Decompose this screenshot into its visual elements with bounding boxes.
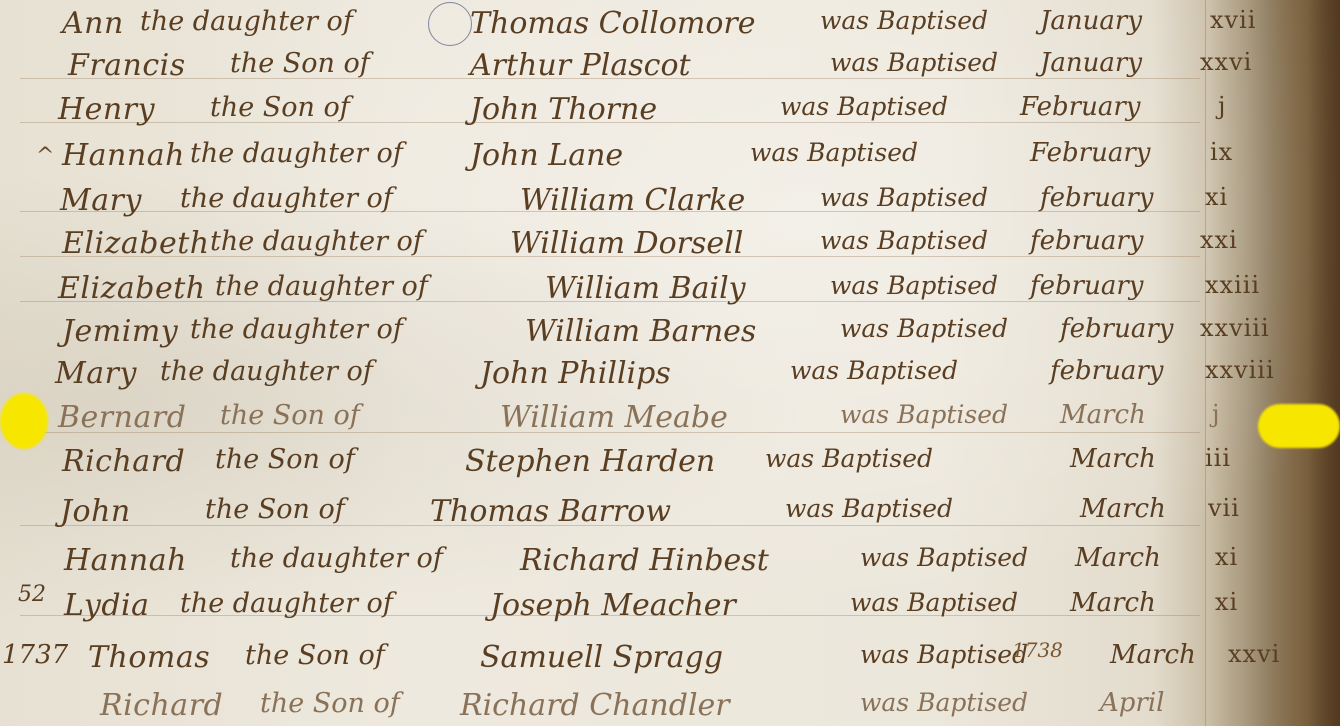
relation-text: the Son of bbox=[230, 48, 370, 79]
month: April bbox=[1100, 688, 1164, 718]
month: february bbox=[1050, 356, 1163, 386]
month: February bbox=[1020, 92, 1140, 122]
child-name: Ann bbox=[62, 6, 124, 41]
month: february bbox=[1030, 271, 1143, 301]
day-numeral: xi bbox=[1215, 588, 1238, 616]
child-name: Francis bbox=[68, 48, 186, 83]
parent-name: Arthur Plascot bbox=[470, 48, 691, 83]
register-entry: ^ Hannah the daughter of John Lane was B… bbox=[0, 138, 1340, 182]
child-name: Richard bbox=[62, 444, 185, 479]
month: March bbox=[1060, 400, 1146, 430]
yellow-highlight-marker bbox=[1258, 404, 1340, 448]
child-name: John bbox=[60, 494, 131, 529]
register-entry: 1737 Thomas the Son of Samuell Spragg wa… bbox=[0, 640, 1340, 684]
child-name: Lydia bbox=[64, 588, 150, 623]
day-numeral: j bbox=[1212, 400, 1220, 428]
month: March bbox=[1080, 494, 1166, 524]
register-entry: Francis the Son of Arthur Plascot was Ba… bbox=[0, 48, 1340, 92]
day-numeral: xi bbox=[1205, 183, 1228, 211]
baptised-text: was Baptised bbox=[820, 183, 988, 212]
register-page: Ann the daughter of Thomas Collomore was… bbox=[0, 0, 1340, 726]
baptised-text: was Baptised bbox=[860, 543, 1028, 572]
baptised-text: was Baptised bbox=[850, 588, 1018, 617]
child-name: Hannah bbox=[64, 543, 187, 578]
relation-text: the daughter of bbox=[230, 543, 443, 574]
month: January bbox=[1040, 48, 1142, 78]
day-numeral: xi bbox=[1215, 543, 1238, 571]
insertion-caret-icon: ^ bbox=[36, 144, 54, 169]
parent-name: Richard Chandler bbox=[460, 688, 730, 723]
relation-text: the Son of bbox=[210, 92, 350, 123]
day-numeral: xxiii bbox=[1205, 271, 1260, 299]
month: March bbox=[1070, 444, 1156, 474]
parent-name: William Dorsell bbox=[510, 226, 743, 261]
parent-name: Thomas Collomore bbox=[470, 6, 756, 41]
child-name: Mary bbox=[60, 183, 142, 218]
baptised-text: was Baptised bbox=[860, 688, 1028, 717]
month: February bbox=[1030, 138, 1150, 168]
register-entry: Richard the Son of Stephen Harden was Ba… bbox=[0, 444, 1340, 488]
register-entry: John the Son of Thomas Barrow was Baptis… bbox=[0, 494, 1340, 538]
relation-text: the daughter of bbox=[180, 588, 393, 619]
baptised-text: was Baptised bbox=[840, 400, 1008, 429]
relation-text: the daughter of bbox=[140, 6, 353, 37]
parent-name: William Baily bbox=[545, 271, 746, 306]
relation-text: the daughter of bbox=[180, 183, 393, 214]
day-numeral: xvii bbox=[1210, 6, 1256, 34]
day-numeral: xxi bbox=[1200, 226, 1238, 254]
register-entry: Jemimy the daughter of William Barnes wa… bbox=[0, 314, 1340, 358]
parent-name: John Lane bbox=[470, 138, 623, 173]
baptised-text: was Baptised bbox=[820, 226, 988, 255]
register-entry: Hannah the daughter of Richard Hinbest w… bbox=[0, 543, 1340, 587]
register-entry: Elizabeth the daughter of William Dorsel… bbox=[0, 226, 1340, 270]
child-name: Hannah bbox=[62, 138, 185, 173]
day-numeral: xxvi bbox=[1200, 48, 1252, 76]
month: January bbox=[1040, 6, 1142, 36]
register-entry: 52 Lydia the daughter of Joseph Meacher … bbox=[0, 588, 1340, 632]
margin-folio-number: 52 bbox=[18, 582, 46, 607]
child-name: Mary bbox=[55, 356, 137, 391]
parent-name: William Clarke bbox=[520, 183, 745, 218]
parent-name: William Barnes bbox=[525, 314, 756, 349]
day-numeral: vii bbox=[1208, 494, 1240, 522]
register-entry: Ann the daughter of Thomas Collomore was… bbox=[0, 6, 1340, 50]
day-numeral: iii bbox=[1205, 444, 1231, 472]
relation-text: the daughter of bbox=[190, 314, 403, 345]
day-numeral: xxviii bbox=[1200, 314, 1270, 342]
day-numeral: xxvi bbox=[1228, 640, 1280, 668]
child-name: Henry bbox=[58, 92, 155, 127]
baptised-text: was Baptised bbox=[820, 6, 988, 35]
parent-name: Samuell Spragg bbox=[480, 640, 723, 675]
parent-name: Thomas Barrow bbox=[430, 494, 671, 529]
day-numeral: xxviii bbox=[1205, 356, 1275, 384]
parent-name: William Meabe bbox=[500, 400, 728, 435]
child-name: Bernard bbox=[58, 400, 186, 435]
month: March bbox=[1110, 640, 1196, 670]
baptised-text: was Baptised bbox=[790, 356, 958, 385]
relation-text: the Son of bbox=[215, 444, 355, 475]
month: february bbox=[1030, 226, 1143, 256]
baptised-text: was Baptised bbox=[780, 92, 948, 121]
parent-name: Stephen Harden bbox=[465, 444, 715, 479]
register-entry: Elizabeth the daughter of William Baily … bbox=[0, 271, 1340, 315]
month: March bbox=[1075, 543, 1161, 573]
parent-name: Joseph Meacher bbox=[490, 588, 736, 623]
register-entry: Henry the Son of John Thorne was Baptise… bbox=[0, 92, 1340, 136]
baptised-text: was Baptised bbox=[765, 444, 933, 473]
parent-name: John Phillips bbox=[480, 356, 671, 391]
yellow-highlight-marker bbox=[0, 393, 48, 449]
month: March bbox=[1070, 588, 1156, 618]
relation-text: the daughter of bbox=[190, 138, 403, 169]
relation-text: the daughter of bbox=[215, 271, 428, 302]
register-entry: Mary the daughter of John Phillips was B… bbox=[0, 356, 1340, 400]
day-numeral: ix bbox=[1210, 138, 1233, 166]
baptised-text: was Baptised bbox=[830, 48, 998, 77]
relation-text: the Son of bbox=[245, 640, 385, 671]
relation-text: the daughter of bbox=[210, 226, 423, 257]
relation-text: the Son of bbox=[220, 400, 360, 431]
baptised-text: was Baptised bbox=[830, 271, 998, 300]
inline-year-note: 1738 bbox=[1012, 638, 1063, 662]
baptised-text: was Baptised bbox=[860, 640, 1028, 669]
child-name: Elizabeth bbox=[62, 226, 210, 261]
day-numeral: j bbox=[1218, 92, 1226, 120]
relation-text: the daughter of bbox=[160, 356, 373, 387]
baptised-text: was Baptised bbox=[750, 138, 918, 167]
parent-name: Richard Hinbest bbox=[520, 543, 769, 578]
month: february bbox=[1040, 183, 1153, 213]
register-entry: Mary the daughter of William Clarke was … bbox=[0, 183, 1340, 227]
child-name: Jemimy bbox=[62, 314, 178, 349]
circle-annotation bbox=[428, 2, 472, 46]
child-name: Elizabeth bbox=[58, 271, 206, 306]
baptised-text: was Baptised bbox=[785, 494, 953, 523]
relation-text: the Son of bbox=[260, 688, 400, 719]
register-entry: Richard the Son of Richard Chandler was … bbox=[0, 688, 1340, 726]
parent-name: John Thorne bbox=[470, 92, 657, 127]
month: february bbox=[1060, 314, 1173, 344]
relation-text: the Son of bbox=[205, 494, 345, 525]
register-entry: Bernard the Son of William Meabe was Bap… bbox=[0, 400, 1340, 444]
child-name: Richard bbox=[100, 688, 223, 723]
baptised-text: was Baptised bbox=[840, 314, 1008, 343]
child-name: Thomas bbox=[88, 640, 210, 675]
margin-year: 1737 bbox=[2, 640, 68, 670]
